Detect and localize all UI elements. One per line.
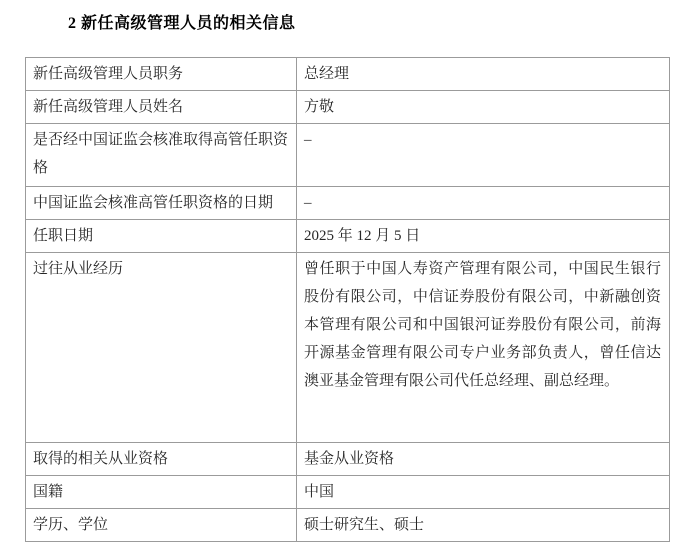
row-value-work-experience: 曾任职于中国人寿资产管理有限公司，中国民生银行股份有限公司，中信证券股份有限公司… — [297, 253, 670, 443]
management-info-table: 新任高级管理人员职务 总经理 新任高级管理人员姓名 方敬 是否经中国证监会核准取… — [25, 57, 670, 542]
row-value-appointment-date: 2025 年 12 月 5 日 — [297, 220, 670, 253]
table-row-qualification: 取得的相关从业资格 基金从业资格 — [26, 443, 670, 476]
row-label-nationality: 国籍 — [26, 476, 297, 509]
row-label-csrc-approval: 是否经中国证监会核准取得高管任职资格 — [26, 124, 297, 187]
row-value-nationality: 中国 — [297, 476, 670, 509]
table-row-nationality: 国籍 中国 — [26, 476, 670, 509]
table-row-approval-date: 中国证监会核准高管任职资格的日期 – — [26, 187, 670, 220]
row-value-approval-date: – — [297, 187, 670, 220]
row-value-education: 硕士研究生、硕士 — [297, 509, 670, 542]
table-row-education: 学历、学位 硕士研究生、硕士 — [26, 509, 670, 542]
table-row-appointment-date: 任职日期 2025 年 12 月 5 日 — [26, 220, 670, 253]
row-label-name: 新任高级管理人员姓名 — [26, 91, 297, 124]
row-label-approval-date: 中国证监会核准高管任职资格的日期 — [26, 187, 297, 220]
row-value-name: 方敬 — [297, 91, 670, 124]
table-row-name: 新任高级管理人员姓名 方敬 — [26, 91, 670, 124]
row-label-education: 学历、学位 — [26, 509, 297, 542]
row-label-position: 新任高级管理人员职务 — [26, 58, 297, 91]
section-title: 2 新任高级管理人员的相关信息 — [68, 14, 685, 34]
row-label-qualification: 取得的相关从业资格 — [26, 443, 297, 476]
row-label-work-experience: 过往从业经历 — [26, 253, 297, 443]
table-row-position: 新任高级管理人员职务 总经理 — [26, 58, 670, 91]
row-label-appointment-date: 任职日期 — [26, 220, 297, 253]
row-value-csrc-approval: – — [297, 124, 670, 187]
table-row-work-experience: 过往从业经历 曾任职于中国人寿资产管理有限公司，中国民生银行股份有限公司，中信证… — [26, 253, 670, 443]
row-value-position: 总经理 — [297, 58, 670, 91]
row-value-qualification: 基金从业资格 — [297, 443, 670, 476]
table-row-csrc-approval: 是否经中国证监会核准取得高管任职资格 – — [26, 124, 670, 187]
document-page: 2 新任高级管理人员的相关信息 新任高级管理人员职务 总经理 新任高级管理人员姓… — [0, 0, 685, 542]
